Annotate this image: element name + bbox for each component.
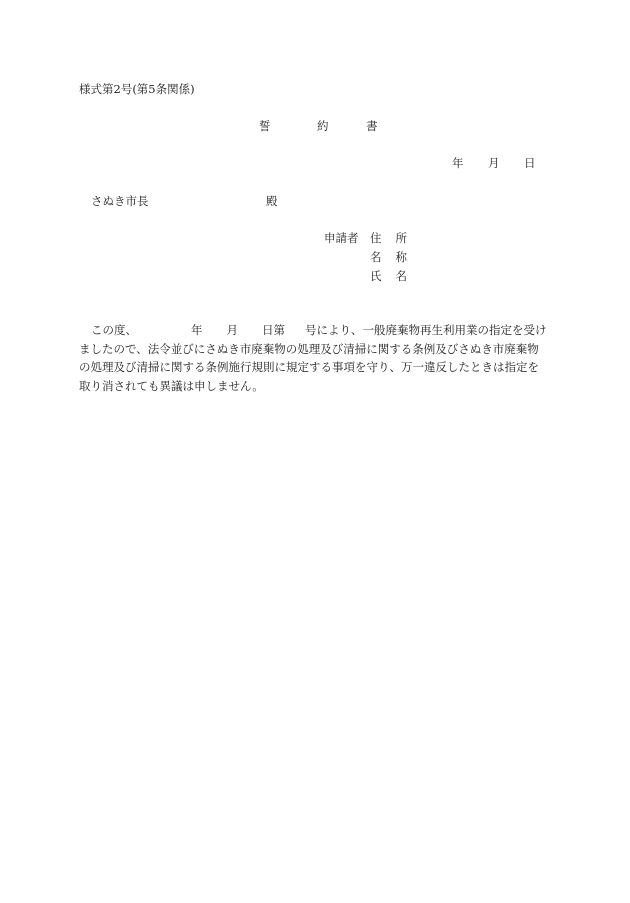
title-char-2: 約 — [317, 118, 366, 134]
date-year-label: 年 — [452, 155, 488, 171]
person-name-label: 氏 名 — [370, 268, 407, 287]
addressee: さぬき市長 殿 — [91, 193, 149, 209]
address-label-a: 住 — [370, 230, 382, 249]
date-month-label: 月 — [488, 155, 524, 171]
body-line-4: 取り消されても異議は申しません。 — [79, 377, 549, 396]
addressee-name: さぬき市長 — [91, 194, 149, 208]
person-name-label-a: 氏 — [370, 268, 382, 287]
company-name-label: 名 称 — [370, 249, 407, 268]
body-month-label: 月 — [227, 323, 239, 337]
company-name-label-a: 名 — [370, 249, 382, 268]
date-line: 年月日 — [452, 155, 536, 171]
form-number: 様式第2号(第5条関係) — [79, 81, 195, 97]
body-day-label: 日第 — [262, 323, 285, 337]
body-line-1: この度、年月日第号により、一般廃棄物再生利用業の指定を受け — [79, 321, 549, 340]
addressee-honorific: 殿 — [266, 193, 278, 209]
address-label: 住 所 — [370, 230, 407, 249]
person-name-label-b: 名 — [396, 268, 408, 287]
body-line-2: ましたので、法令並びにさぬき市廃棄物の処理及び清掃に関する条例及びさぬき市廃棄物 — [79, 340, 549, 359]
body-intro: この度、 — [91, 323, 137, 337]
applicant-block: 申請者 住 所 名 称 氏 名 — [324, 230, 407, 287]
body-line-3: の処理及び清掃に関する条例施行規則に規定する事項を守り、万一違反したときは指定を — [79, 358, 549, 377]
address-label-b: 所 — [396, 230, 408, 249]
applicant-row-company-name: 名 称 — [324, 249, 407, 268]
title-char-1: 誓 — [259, 118, 317, 134]
pledge-body: この度、年月日第号により、一般廃棄物再生利用業の指定を受け ましたので、法令並び… — [79, 321, 549, 395]
document-title: 誓約書 — [259, 118, 378, 134]
company-name-label-b: 称 — [396, 249, 408, 268]
title-char-3: 書 — [366, 118, 378, 134]
body-year-label: 年 — [191, 323, 203, 337]
date-day-label: 日 — [524, 155, 536, 171]
body-line-1-text: 号により、一般廃棄物再生利用業の指定を受け — [305, 323, 547, 337]
applicant-row-person-name: 氏 名 — [324, 268, 407, 287]
applicant-row-address: 申請者 住 所 — [324, 230, 407, 249]
applicant-role-label: 申請者 — [324, 230, 370, 249]
